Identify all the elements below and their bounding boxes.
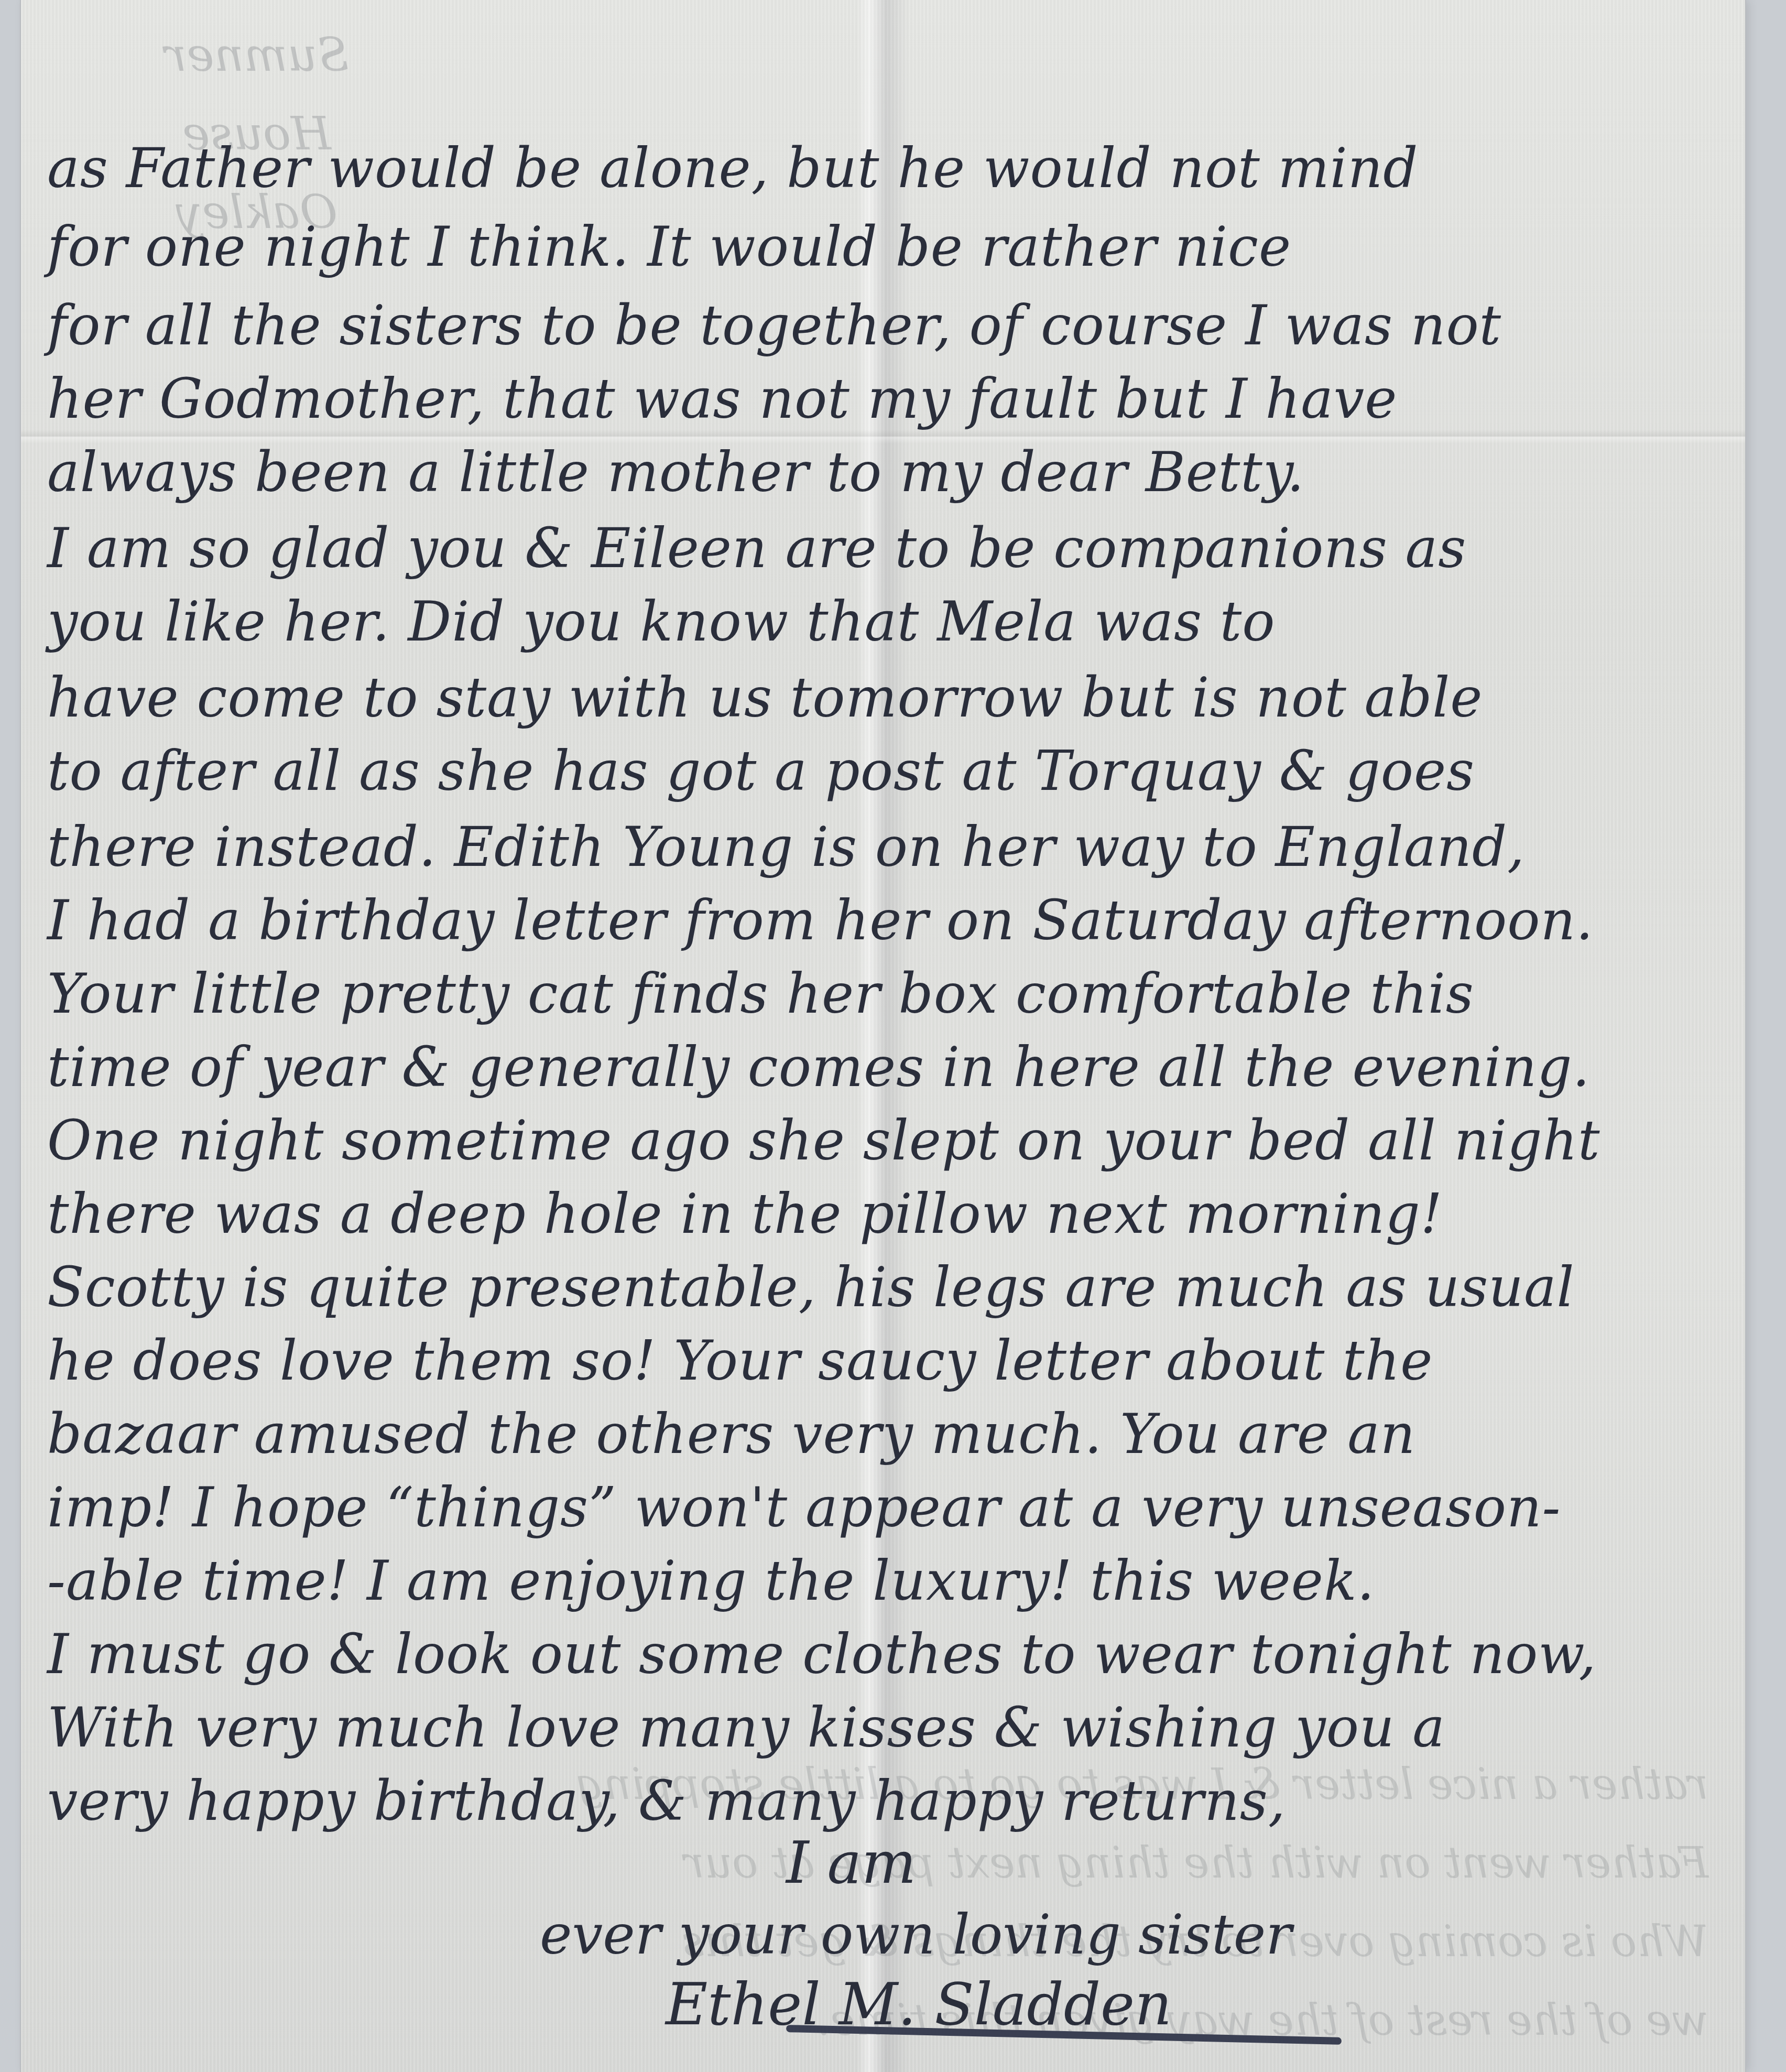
letter-line: -able time! I am enjoying the luxury! th… — [47, 1549, 1714, 1613]
letter-line: have come to stay with us tomorrow but i… — [47, 666, 1714, 730]
letter-line: for one night I think. It would be rathe… — [47, 215, 1714, 279]
letter-line: Scotty is quite presentable, his legs ar… — [47, 1255, 1714, 1319]
letter-line: I am so glad you & Eileen are to be comp… — [47, 516, 1714, 580]
letter-line: as Father would be alone, but he would n… — [47, 136, 1714, 200]
letter-line: to after all as she has got a post at To… — [47, 739, 1714, 803]
letter-line: there instead. Edith Young is on her way… — [47, 815, 1714, 879]
letter-line: her Godmother, that was not my fault but… — [47, 367, 1714, 431]
letter-line: time of year & generally comes in here a… — [47, 1035, 1714, 1099]
letter-line: One night sometime ago she slept on your… — [47, 1109, 1714, 1173]
letter-line: bazaar amused the others very much. You … — [47, 1402, 1714, 1466]
letter-line: for all the sisters to be together, of c… — [47, 294, 1714, 357]
letter-line: always been a little mother to my dear B… — [47, 440, 1714, 504]
letter-line: I must go & look out some clothes to wea… — [47, 1622, 1714, 1686]
letter-line: Your little pretty cat finds her box com… — [47, 962, 1714, 1026]
letter-line: he does love them so! Your saucy letter … — [47, 1329, 1714, 1393]
letter-line: you like her. Did you know that Mela was… — [47, 590, 1714, 654]
closing-i-am: I am — [786, 1829, 916, 1896]
letter-line: there was a deep hole in the pillow next… — [47, 1182, 1714, 1246]
letter-line: I had a birthday letter from her on Satu… — [47, 888, 1714, 952]
letter-line: imp! I hope “things” won't appear at a v… — [47, 1476, 1714, 1539]
letter-line: With very much love many kisses & wishin… — [47, 1696, 1714, 1760]
closing-valediction: ever your own loving sister — [540, 1903, 1292, 1967]
letter-line: very happy birthday, & many happy return… — [47, 1769, 1714, 1833]
